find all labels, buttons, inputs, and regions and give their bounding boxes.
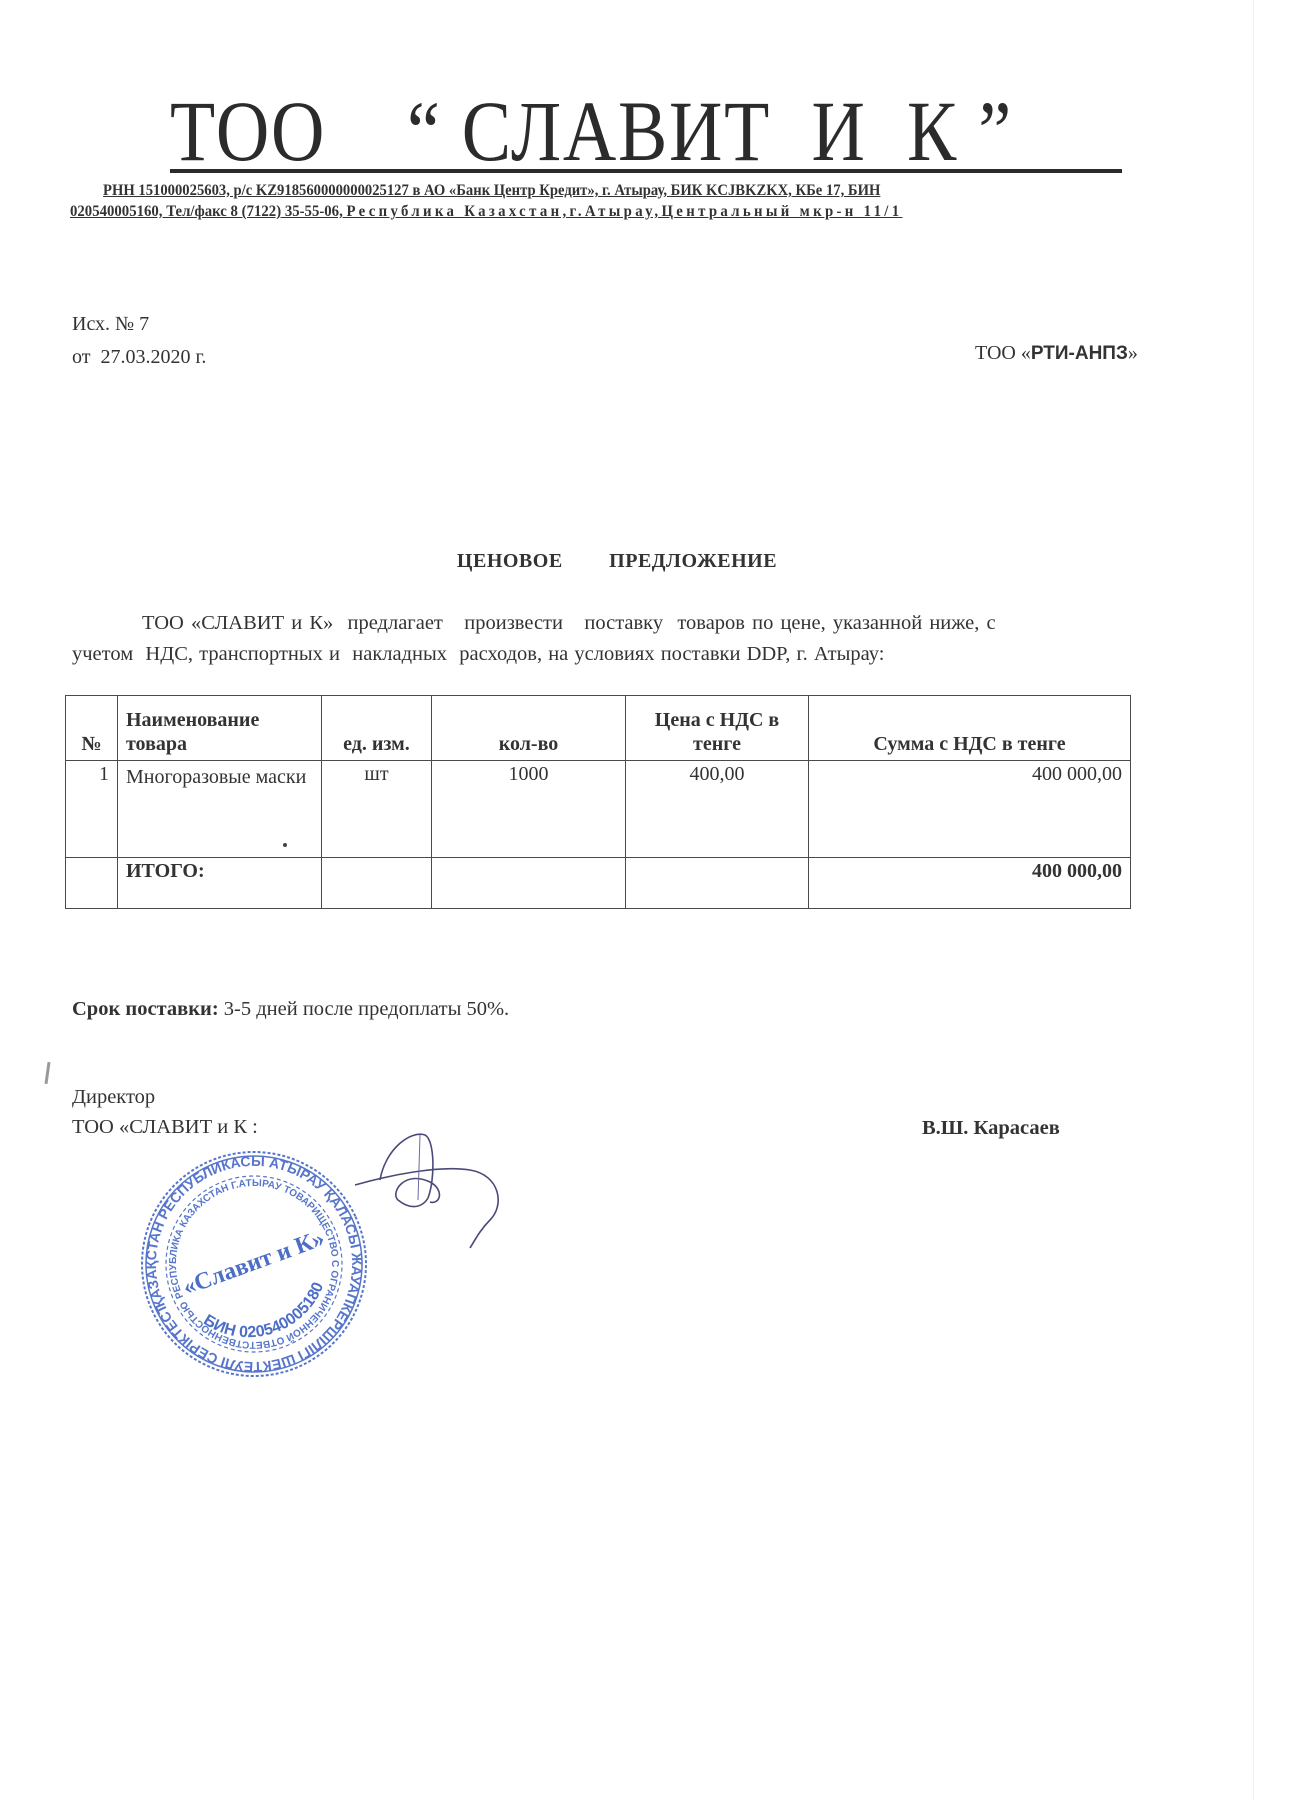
cell-name: Многоразовые маски (118, 761, 322, 858)
signer-name: В.Ш. Карасаев (922, 1117, 1060, 1140)
header-sum: Сумма с НДС в тенге (809, 696, 1131, 761)
page-edge (1253, 0, 1254, 1800)
header-name: Наименование товара (118, 696, 322, 761)
cell-sum: 400 000,00 (809, 761, 1131, 858)
total-cell-price (626, 858, 809, 909)
outgoing-reference: Исх. № 7 от 27.03.2020 г. (72, 308, 206, 374)
requisites-line-2: 020540005160, Тел/факс 8 (7122) 35-55-06… (70, 203, 902, 221)
addressee-prefix: ТОО « (975, 342, 1031, 364)
cell-price: 400,00 (626, 761, 809, 858)
company-title: ТОО “ СЛАВИТ И К ” (170, 92, 987, 170)
signature-block: Директор ТОО «СЛАВИТ и К : (72, 1082, 258, 1142)
delivery-terms: Срок поставки: 3-5 дней после предоплаты… (72, 998, 509, 1021)
addressee: ТОО «РТИ-АНПЗ» (975, 342, 1138, 365)
intro-line-1: ТОО «СЛАВИТ и К» предлагает произвести п… (72, 608, 1182, 639)
requisites-phone: 020540005160, Тел/факс 8 (7122) 35-55-06… (70, 203, 346, 220)
delivery-value: 3-5 дней после предоплаты 50%. (219, 998, 510, 1020)
header-qty: кол-во (432, 696, 626, 761)
addressee-name: РТИ-АНПЗ (1031, 343, 1128, 364)
scan-mark (44, 1062, 50, 1084)
company-stamp-icon: ҚАЗАҚСТАН РЕСПУБЛИКАСЫ АТЫРАУ ҚАЛАСЫ ЖАУ… (138, 1148, 370, 1380)
delivery-label: Срок поставки: (72, 998, 219, 1020)
cell-unit: шт (322, 761, 432, 858)
outgoing-date: от 27.03.2020 г. (72, 341, 206, 374)
director-company: ТОО «СЛАВИТ и К : (72, 1112, 258, 1142)
director-position: Директор (72, 1082, 258, 1112)
total-row: ИТОГО: 400 000,00 (66, 858, 1131, 909)
total-cell-no (66, 858, 118, 909)
header-no: № (66, 696, 118, 761)
intro-line-2: учетом НДС, транспортных и накладных рас… (72, 639, 1182, 670)
total-sum: 400 000,00 (809, 858, 1131, 909)
document-title-text: ЦЕНОВОЕ ПРЕДЛОЖЕНИЕ (457, 550, 777, 572)
requisites-line-1: РНН 151000025603, р/с KZ9185600000000251… (103, 182, 880, 200)
total-cell-unit (322, 858, 432, 909)
header-price: Цена с НДС в тенге (626, 696, 809, 761)
letterhead-rule (170, 169, 1122, 173)
total-cell-qty (432, 858, 626, 909)
price-table: № Наименование товара ед. изм. кол-во Це… (65, 695, 1131, 909)
requisites-address: Республика Казахстан,г.Атырау,Центральны… (346, 203, 902, 220)
addressee-suffix: » (1128, 342, 1138, 364)
document-title: ЦЕНОВОЕ ПРЕДЛОЖЕНИЕ (0, 550, 1234, 573)
total-label: ИТОГО: (118, 858, 322, 909)
cell-qty: 1000 (432, 761, 626, 858)
stamp-center-text: «Славит и К» (179, 1225, 328, 1300)
handwritten-signature-icon (350, 1110, 510, 1250)
scan-speck (283, 843, 287, 847)
cell-no: 1 (66, 761, 118, 858)
table-row: 1 Многоразовые маски шт 1000 400,00 400 … (66, 761, 1131, 858)
header-unit: ед. изм. (322, 696, 432, 761)
outgoing-number: Исх. № 7 (72, 308, 206, 341)
table-header-row: № Наименование товара ед. изм. кол-во Це… (66, 696, 1131, 761)
intro-paragraph: ТОО «СЛАВИТ и К» предлагает произвести п… (72, 608, 1182, 670)
